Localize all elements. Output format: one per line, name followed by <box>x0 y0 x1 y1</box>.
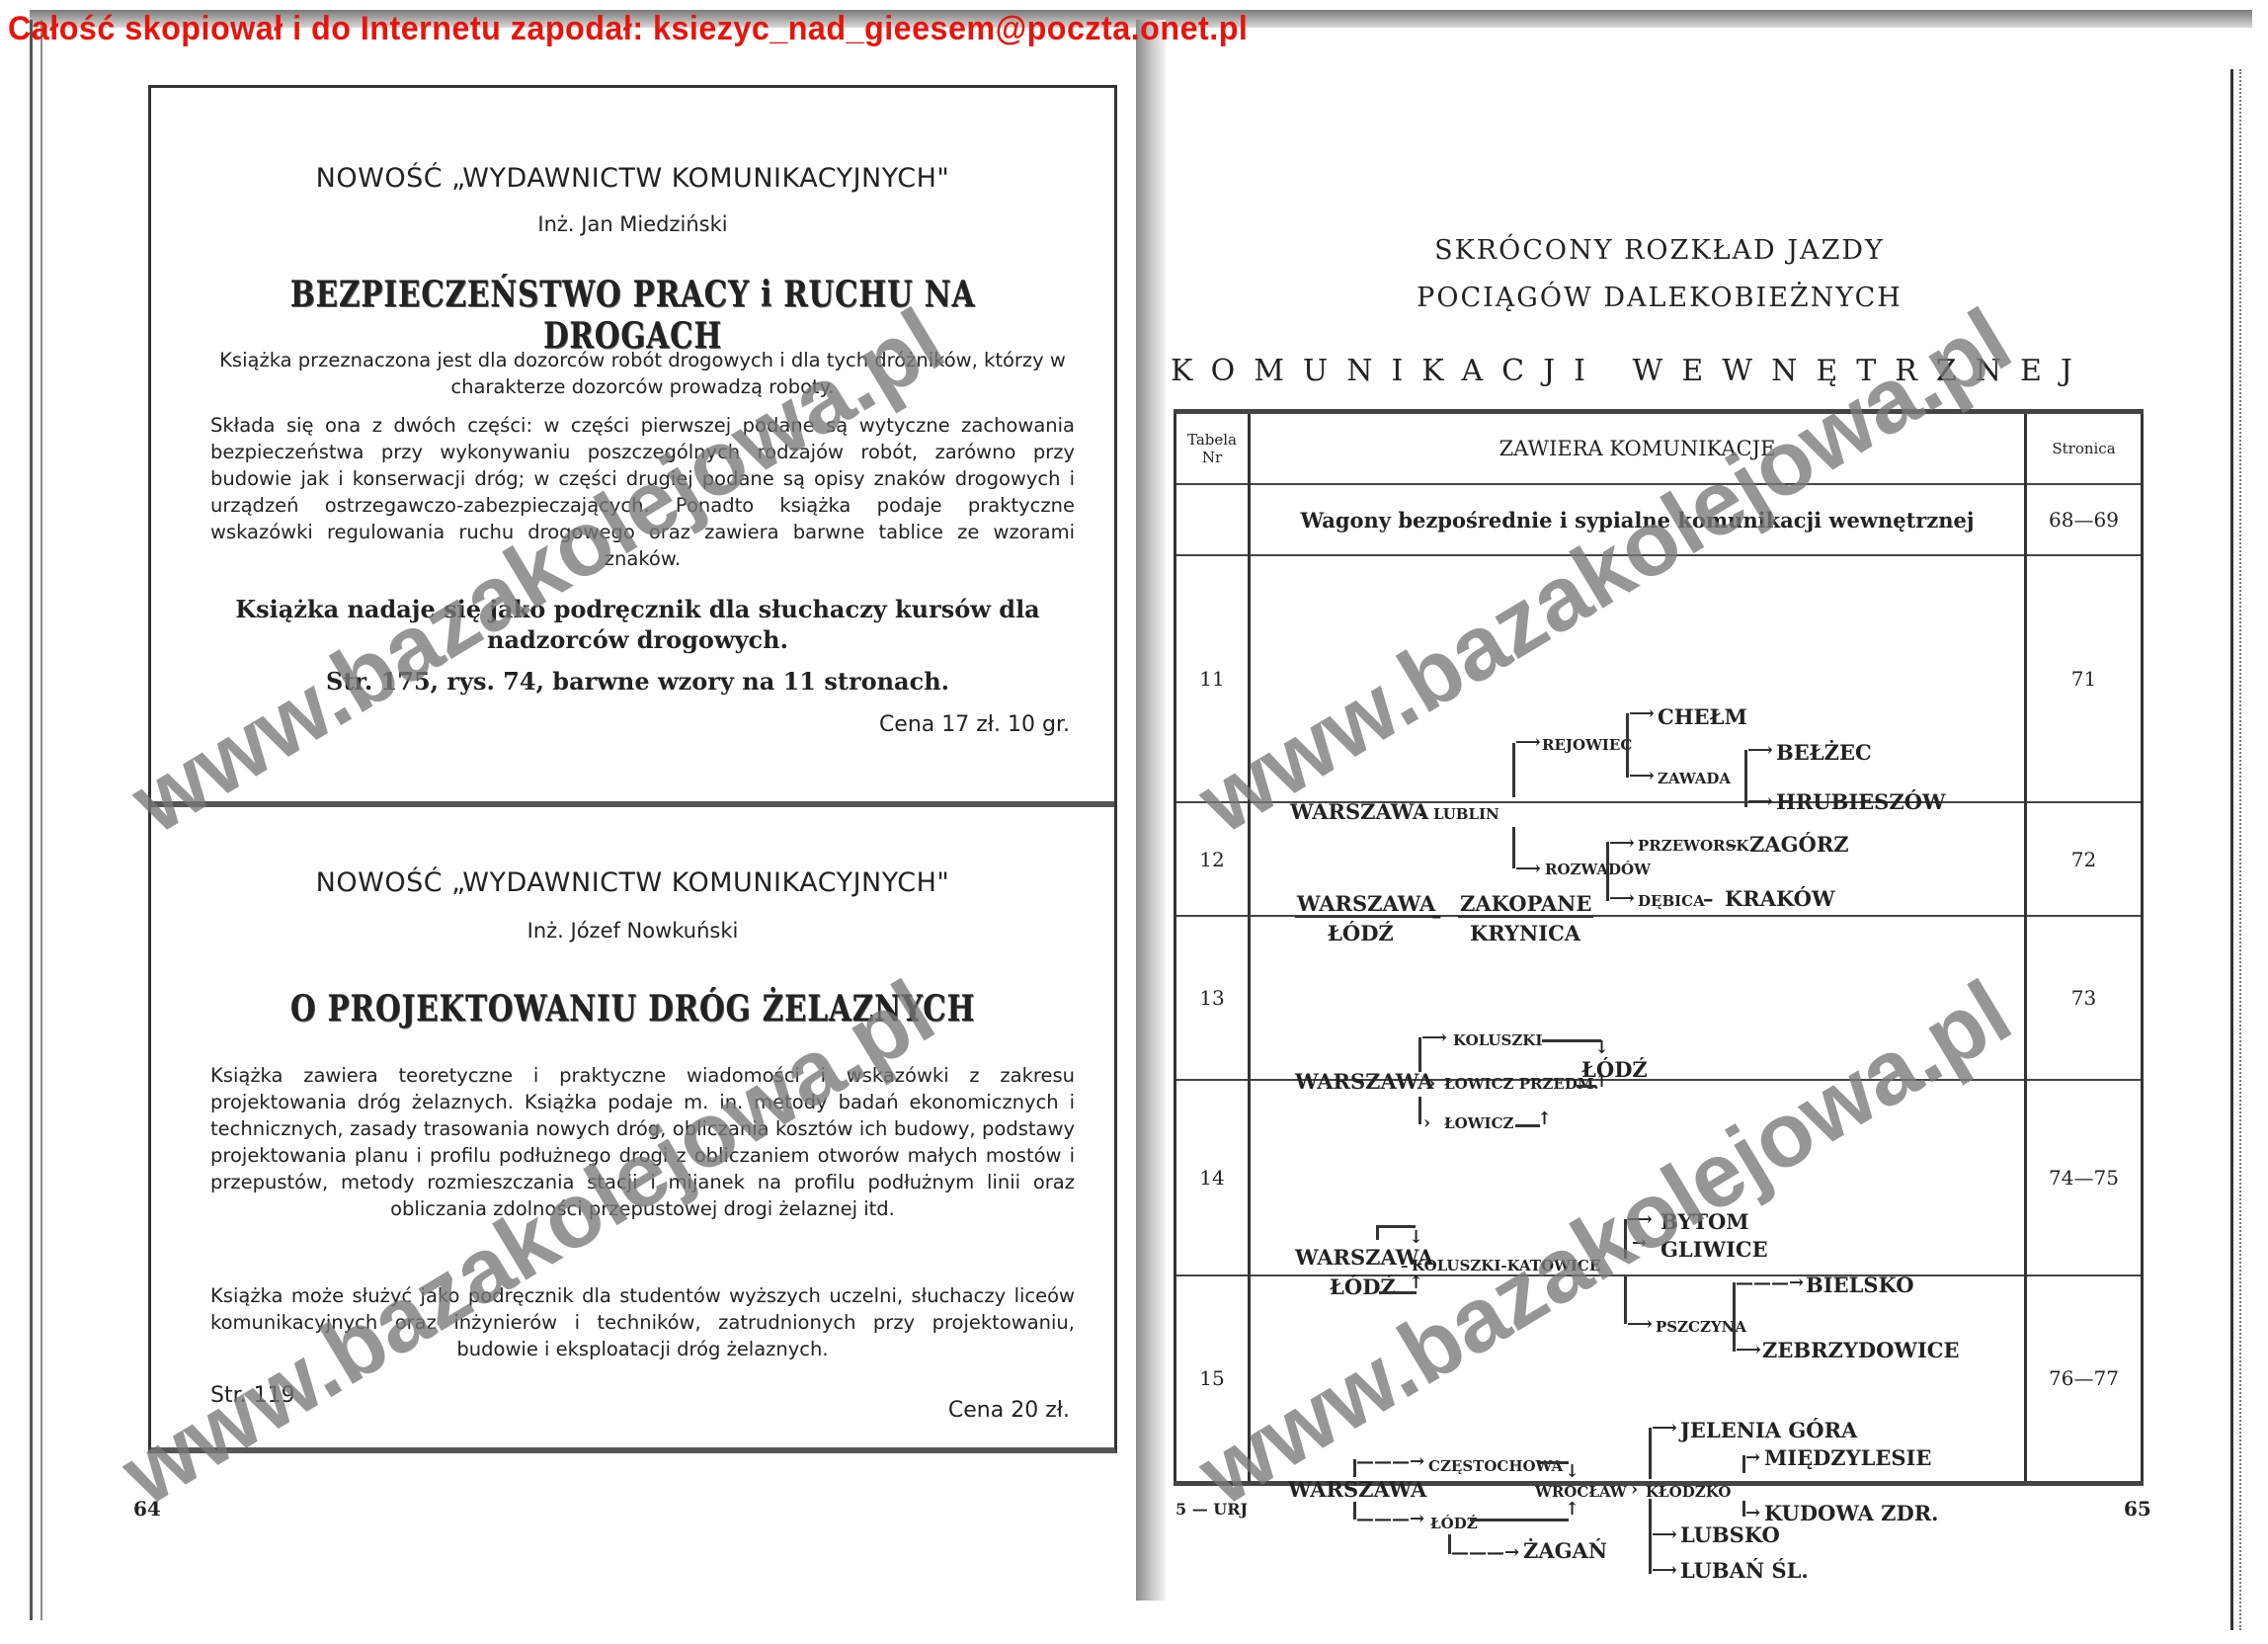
advert-price: Cena 20 zł. <box>948 1398 1070 1423</box>
advert-title: BEZPIECZEŃSTWO PRACY i RUCHU NA DROGACH <box>238 274 1028 357</box>
row-page: 76—77 <box>2026 1275 2143 1483</box>
row-nr: 11 <box>1175 555 1250 802</box>
station: LUBLIN <box>1433 805 1499 823</box>
station: ROZWADÓW <box>1545 861 1651 878</box>
station: KOLUSZKI-KATOWICE <box>1412 1257 1600 1274</box>
station: ZEBRZYDOWICE <box>1762 1338 1960 1362</box>
table-row: 13 WARSZAWA ⟶ KOLUSZKI ↓ ŁÓDŹ › ŁOWICZ P… <box>1175 916 2143 1080</box>
row-page: 73 <box>2026 916 2143 1080</box>
station: ŁÓDŹ <box>1328 921 1394 945</box>
station: ŁÓDŹ <box>1330 1274 1396 1299</box>
timetable-title-line1: SKRÓCONY ROZKŁAD JAZDY <box>1166 235 2153 266</box>
timetable-index-table: Tabela Nr ZAWIERA KOMUNIKACJE Stronica W… <box>1174 409 2144 1486</box>
station: LUBSKO <box>1680 1522 1780 1547</box>
station: HRUBIESZÓW <box>1776 789 1946 814</box>
station: ŁÓDŹ <box>1430 1515 1478 1532</box>
advert-paragraph: Składa się ona z dwóch części: w części … <box>210 412 1075 572</box>
row-nr <box>1175 484 1250 555</box>
advert-paragraph: Książka może służyć jako podręcznik dla … <box>210 1282 1075 1362</box>
station: KOLUSZKI <box>1453 1031 1542 1049</box>
book-left-edge <box>30 20 42 1620</box>
row-nr: 14 <box>1175 1080 1250 1275</box>
row-page: 72 <box>2026 802 2143 916</box>
station: CHEŁM <box>1658 704 1747 729</box>
station: WARSZAWA <box>1288 1477 1426 1502</box>
row-page: 68—69 <box>2026 484 2143 555</box>
station: WARSZAWA <box>1290 799 1428 824</box>
advert-author: Inż. Jan Miedziński <box>151 212 1114 236</box>
table-row: Wagony bezpośrednie i sypialne komunikac… <box>1175 484 2143 555</box>
advert-box-2: NOWOŚĆ „WYDAWNICTW KOMUNIKACYJNYCH" Inż.… <box>148 800 1117 1453</box>
station: WROCŁAW <box>1535 1483 1627 1501</box>
copyright-banner: Całość skopiował i do Internetu zapodał:… <box>8 10 1248 48</box>
station: ZAWADA <box>1658 770 1731 787</box>
advert-pages-info: Str. 119 <box>210 1383 295 1408</box>
header-page: Stronica <box>2026 412 2143 485</box>
station: MIĘDZYLESIE <box>1764 1445 1931 1470</box>
station: DĘBICA <box>1638 892 1705 910</box>
timetable-title-line2: POCIĄGÓW DALEKOBIEŻNYCH <box>1166 283 2153 313</box>
advert-paragraph: Książka zawiera teoretyczne i praktyczne… <box>210 1062 1075 1222</box>
book-spine <box>1136 20 1166 1601</box>
table-row: 15 WARSZAWA ———→ CZĘSTOCHOWA ———→ ŁÓDŹ ↓… <box>1175 1275 2143 1483</box>
station: LUBAŃ ŚL. <box>1680 1558 1809 1583</box>
row-nr: 12 <box>1175 802 1250 916</box>
row-nr: 13 <box>1175 916 1250 1080</box>
advert-header: NOWOŚĆ „WYDAWNICTW KOMUNIKACYJNYCH" <box>151 867 1114 898</box>
station: KRAKÓW <box>1725 886 1835 911</box>
station: KŁODZKO <box>1646 1483 1731 1501</box>
advert-author: Inż. Józef Nowkuński <box>151 919 1114 943</box>
station: JELENIA GÓRA <box>1680 1418 1857 1442</box>
row-page: 74—75 <box>2026 1080 2143 1275</box>
table-header-row: Tabela Nr ZAWIERA KOMUNIKACJE Stronica <box>1175 412 2143 485</box>
route-diagram-14: ↓ WARSZAWA ŁÓDŹ ↑ – KOLUSZKI-KATOWICE ⟶ … <box>1250 1080 2026 1275</box>
page-number-left: 64 <box>133 1497 161 1521</box>
advert-paragraph: Książka przeznaczona jest dla dozorców r… <box>210 347 1075 400</box>
page-number-right: 65 <box>2124 1497 2151 1521</box>
header-content: ZAWIERA KOMUNIKACJE <box>1250 412 2026 485</box>
table-row: 14 ↓ WARSZAWA ŁÓDŹ ↑ – KOLUSZKI-KATOWICE… <box>1175 1080 2143 1275</box>
station: ŻAGAŃ <box>1523 1538 1607 1563</box>
station: WARSZAWA <box>1295 891 1437 918</box>
route-diagram-11: WARSZAWA – LUBLIN ⟶ ⟶ REJOWIEC ⟶ ⟶ CHEŁM… <box>1250 555 2026 802</box>
advert-pages-info: Str. 175, rys. 74, barwne wzory na 11 st… <box>201 666 1075 697</box>
table-row: 11 WARSZAWA – LUBLIN ⟶ ⟶ REJOWIEC ⟶ ⟶ CH… <box>1175 555 2143 802</box>
row-nr: 15 <box>1175 1275 1250 1483</box>
advert-paragraph-bold: Książka nadaje się jako podręcznik dla s… <box>201 594 1075 655</box>
station: BIELSKO <box>1806 1273 1914 1297</box>
station: GLIWICE <box>1660 1237 1768 1262</box>
advert-box-1: NOWOŚĆ „WYDAWNICTW KOMUNIKACYJNYCH" Inż.… <box>148 85 1117 807</box>
advert-header: NOWOŚĆ „WYDAWNICTW KOMUNIKACYJNYCH" <box>151 163 1114 194</box>
timetable-title-line3: KOMUNIKACJI WEWNĘTRZNEJ <box>1171 354 2148 388</box>
station: ŁOWICZ PRZEDM. <box>1444 1075 1599 1093</box>
station: REJOWIEC <box>1542 736 1632 754</box>
station: BEŁŻEC <box>1776 740 1872 765</box>
advert-title: O PROJEKTOWANIU DRÓG ŻELAZNYCH <box>238 988 1028 1029</box>
station: ZAGÓRZ <box>1749 832 1849 857</box>
advert-price: Cena 17 zł. 10 gr. <box>879 712 1070 737</box>
station: BYTOM <box>1660 1209 1749 1234</box>
row-content: Wagony bezpośrednie i sypialne komunikac… <box>1250 484 2026 555</box>
station: ŁOWICZ <box>1444 1114 1513 1132</box>
station: WARSZAWA <box>1295 1069 1433 1094</box>
station: ZAKOPANE <box>1458 891 1593 918</box>
signature-mark: 5 — URJ <box>1175 1500 1248 1519</box>
station: CZĘSTOCHOWA <box>1428 1457 1563 1475</box>
station: KUDOWA ZDR. <box>1764 1501 1938 1525</box>
header-table-nr: Tabela Nr <box>1175 412 1250 485</box>
station: KRYNICA <box>1470 921 1580 945</box>
route-diagram-15: WARSZAWA ———→ CZĘSTOCHOWA ———→ ŁÓDŹ ↓ WR… <box>1250 1275 2026 1483</box>
row-page: 71 <box>2026 555 2143 802</box>
book-right-edge <box>2230 69 2241 1630</box>
